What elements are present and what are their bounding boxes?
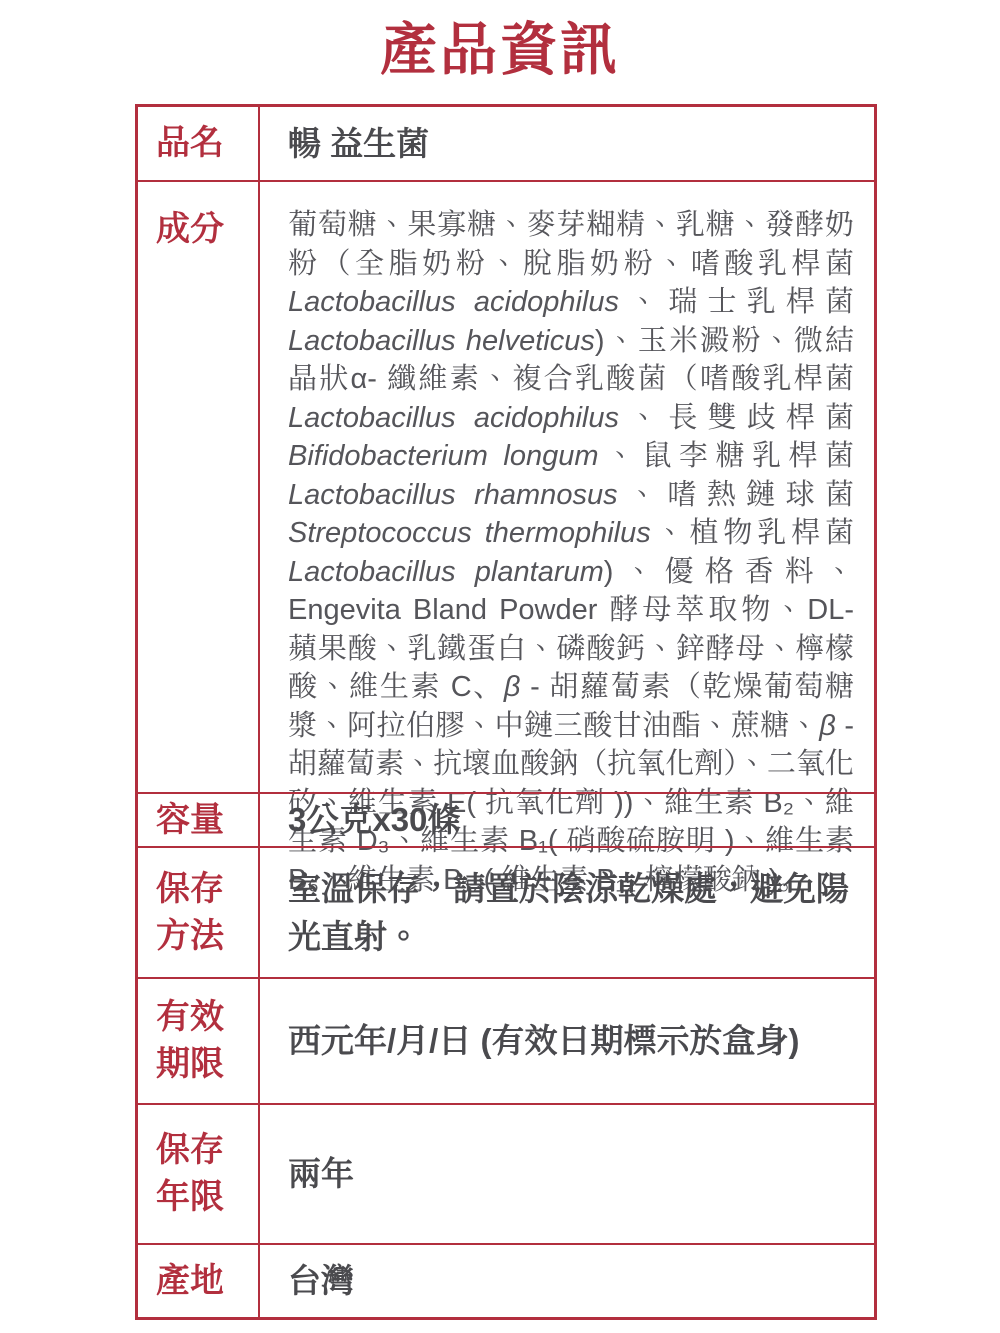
ingredient-latin-name: Lactobacillus acidophilus (288, 286, 619, 318)
table-row: 保存方法 室溫保存，請置於陰涼乾燥處，避免陽光直射。 (138, 846, 874, 977)
table-row: 產地 台灣 (138, 1243, 874, 1317)
row-label-text: 容量 (156, 797, 230, 844)
ingredient-text: 、長雙歧桿菌 (619, 402, 854, 434)
table-row: 保存年限 兩年 (138, 1103, 874, 1243)
row-label-text: 保存年限 (156, 1127, 230, 1221)
ingredient-latin-name: Lactobacillus acidophilus (288, 402, 619, 434)
row-label-text: 有效期限 (156, 994, 230, 1088)
row-label: 有效期限 (138, 979, 260, 1103)
row-label-text: 保存方法 (156, 866, 230, 960)
ingredient-latin-name: Lactobacillus helveticus (288, 325, 595, 357)
table-row: 成分 葡萄糖、果寡糖、麥芽糊精、乳糖、發酵奶粉（全脂奶粉、脫脂奶粉、嗜酸乳桿菌 … (138, 180, 874, 792)
ingredient-text: 、嗜熱鏈球菌 (618, 479, 854, 511)
row-value: 葡萄糖、果寡糖、麥芽糊精、乳糖、發酵奶粉（全脂奶粉、脫脂奶粉、嗜酸乳桿菌 Lac… (260, 182, 874, 792)
table-row: 容量 3公克x30條 (138, 792, 874, 846)
row-value: 西元年/月/日 (有效日期標示於盒身) (260, 979, 874, 1103)
ingredient-latin-name: Lactobacillus rhamnosus (288, 479, 618, 511)
ingredient-latin-name: Streptococcus thermophilus (288, 517, 651, 549)
table-row: 品名 暢 益生菌 (138, 107, 874, 180)
row-label: 保存年限 (138, 1105, 260, 1243)
ingredient-text: 、植物乳桿菌 (651, 517, 854, 549)
row-label: 容量 (138, 794, 260, 846)
row-value: 台灣 (260, 1245, 874, 1317)
ingredient-text: 葡萄糖、果寡糖、麥芽糊精、乳糖、發酵奶粉（全脂奶粉、脫脂奶粉、嗜酸乳桿菌 (288, 209, 854, 280)
ingredient-latin-name: Bifidobacterium longum (288, 440, 599, 472)
row-value: 暢 益生菌 (260, 107, 874, 180)
row-label: 成分 (138, 182, 260, 792)
ingredient-latin-name: Lactobacillus plantarum (288, 556, 604, 588)
row-label-text: 品名 (156, 120, 230, 167)
page-title: 產品資訊 (0, 4, 1000, 86)
ingredient-text: 、鼠李糖乳桿菌 (599, 440, 854, 472)
ingredient-latin-name: β (819, 710, 836, 742)
table-row: 有效期限 西元年/月/日 (有效日期標示於盒身) (138, 977, 874, 1103)
ingredient-latin-name: β (504, 671, 521, 703)
row-value: 室溫保存，請置於陰涼乾燥處，避免陽光直射。 (260, 848, 874, 977)
ingredient-text: 、瑞士乳桿菌 (619, 286, 854, 318)
product-info-page: 產品資訊 品名 暢 益生菌 成分 葡萄糖、果寡糖、麥芽糊精、乳糖、發酵奶粉（全脂… (0, 0, 1000, 1333)
row-value: 3公克x30條 (260, 794, 874, 846)
row-label: 品名 (138, 107, 260, 180)
product-info-table: 品名 暢 益生菌 成分 葡萄糖、果寡糖、麥芽糊精、乳糖、發酵奶粉（全脂奶粉、脫脂… (135, 104, 877, 1320)
row-value: 兩年 (260, 1105, 874, 1243)
row-label-text: 成分 (156, 206, 230, 253)
row-label: 保存方法 (138, 848, 260, 977)
row-label: 產地 (138, 1245, 260, 1317)
row-label-text: 產地 (156, 1258, 230, 1305)
